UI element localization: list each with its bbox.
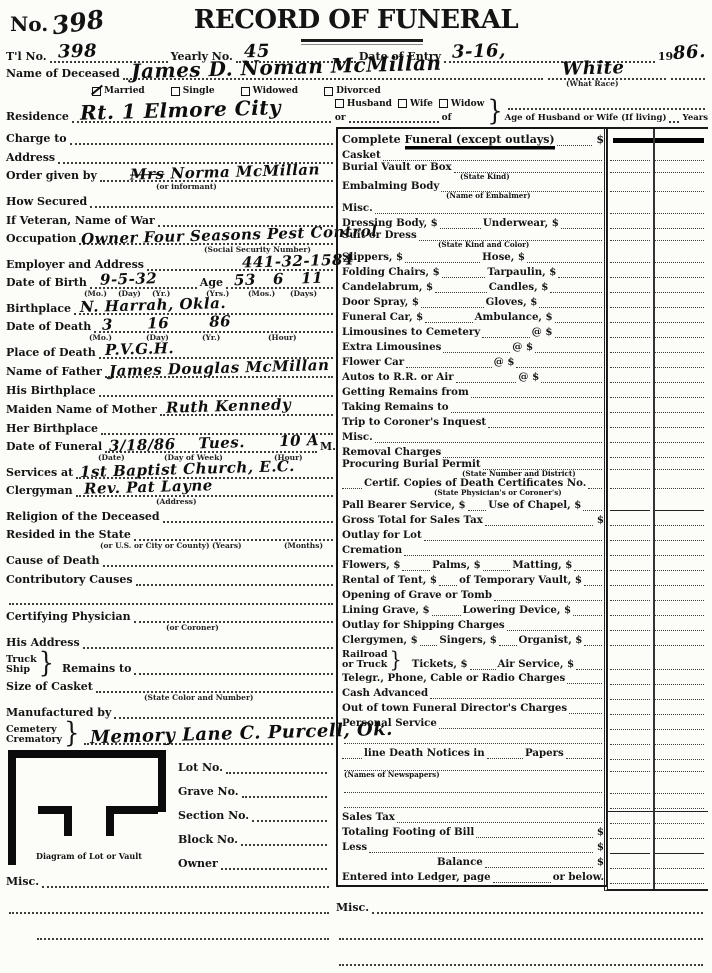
or-label: or xyxy=(335,113,346,123)
dotted-line xyxy=(397,813,602,823)
dotted-line xyxy=(550,283,602,293)
amount-row xyxy=(608,871,708,886)
amount-cell xyxy=(654,721,704,730)
bracket-glyph: } xyxy=(390,649,402,671)
amount-cell xyxy=(654,329,704,338)
amount-cell xyxy=(654,691,704,700)
dotted-line xyxy=(442,268,486,278)
amount-cell xyxy=(610,763,650,772)
charge-label: Flowers, $ xyxy=(342,559,400,571)
charge-flower-car: Flower Car@ $ xyxy=(342,355,604,370)
field-label: Birthplace xyxy=(6,302,71,315)
charge-label: Outlay for Shipping Charges xyxy=(342,619,505,631)
amount-cell xyxy=(654,736,704,745)
amount-cell xyxy=(610,480,650,489)
amount-row xyxy=(608,460,708,479)
handwritten-entry: Ruth Kennedy xyxy=(166,395,292,416)
charge-label: Misc. xyxy=(342,202,373,214)
race-field: White (What Race) xyxy=(548,65,666,80)
checkbox-label: Husband xyxy=(347,99,392,109)
sublabel: (State Physician's or Coroner's) xyxy=(434,488,562,497)
amount-cell xyxy=(610,517,650,526)
charge-blank-line xyxy=(342,731,604,746)
bracket-glyph: } xyxy=(39,649,54,677)
dotted-line xyxy=(9,590,333,605)
dotted-line xyxy=(103,552,333,567)
dotted-line xyxy=(485,516,593,526)
charge-complete-funeral-except-outlays: Complete Funeral (except outlays)$ xyxy=(342,131,604,148)
page-title: RECORD OF FUNERAL xyxy=(0,5,712,35)
dotted-line xyxy=(535,343,602,353)
charge-getting-remains-from: Getting Remains from xyxy=(342,385,604,400)
dotted-line xyxy=(406,358,492,368)
bracket-label: Crematory xyxy=(6,735,62,745)
dotted-line xyxy=(163,508,333,523)
amount-cell xyxy=(610,800,650,809)
field-label: Religion of the Deceased xyxy=(6,510,160,523)
struck-word: Mrs xyxy=(130,165,165,184)
field-label: Size of Casket xyxy=(6,680,93,693)
dotted-line xyxy=(9,899,329,914)
dotted-line xyxy=(555,328,603,338)
amount-row xyxy=(608,558,708,573)
field-label: Section No. xyxy=(178,809,249,822)
amount-cell xyxy=(654,502,704,511)
field-maiden-name-of-mother: Maiden Name of MotherRuth Kennedy xyxy=(6,399,336,418)
amount-row xyxy=(608,811,708,826)
charge-label: Less xyxy=(342,841,367,853)
dotted-line xyxy=(499,636,517,646)
amount-cell xyxy=(610,875,650,884)
dotted-line xyxy=(136,571,333,586)
amount-cell xyxy=(610,502,650,511)
charge-label: Organist, $ xyxy=(519,634,583,646)
charge-cremation: Cremation xyxy=(342,543,604,558)
amount-row xyxy=(608,182,708,201)
amount-row xyxy=(608,633,708,648)
handwritten-entry: 53 6 11 xyxy=(234,269,323,289)
dotted-line xyxy=(421,298,484,308)
dotted-line xyxy=(134,608,333,623)
checkbox-single xyxy=(171,87,180,96)
field-religion-of-the-deceased: Religion of the Deceased xyxy=(6,506,336,525)
dotted-line xyxy=(588,479,602,489)
field-order-given-by: Order given byMrsNorma McMillan(or infor… xyxy=(6,166,336,191)
amount-cell xyxy=(654,661,704,670)
itemized-charges-box: Complete Funeral (except outlays)$Casket… xyxy=(336,127,608,887)
sublabel: (State Color and Number) xyxy=(144,693,253,702)
leading-dots xyxy=(342,749,362,759)
amount-cell xyxy=(610,359,650,368)
amount-row xyxy=(608,603,708,618)
field-label: Order given by xyxy=(6,169,97,182)
heavy-amount-bar xyxy=(613,138,704,143)
field-date-of-birth: Date of Birth9-5-32Age53 6 11(Mo.)(Day)(… xyxy=(6,273,336,298)
amount-cell xyxy=(610,547,650,556)
amount-row xyxy=(608,340,708,355)
amount-cell xyxy=(654,622,704,631)
charge-suit-or-dress: Suit or Dress(State Kind and Color) xyxy=(342,231,604,250)
dotted-line xyxy=(555,313,602,323)
sublabel: (or informant) xyxy=(156,182,217,191)
sublabel: (State Kind) xyxy=(460,172,510,181)
charge-totaling-footing-of-bill: Totaling Footing of Bill$ xyxy=(342,825,604,840)
year-prefix: 19 xyxy=(658,50,673,63)
amount-cell xyxy=(610,284,650,293)
amount-cell xyxy=(610,461,650,470)
charge-label: Door Spray, $ xyxy=(342,296,419,308)
charge-label: Cremation xyxy=(342,544,402,556)
amount-cell xyxy=(610,374,650,383)
diagram-tab2-v xyxy=(106,806,114,836)
sublabel: (State Kind and Color) xyxy=(438,240,529,249)
field-label: Remains to xyxy=(62,662,132,675)
checkbox-label: Wife xyxy=(410,99,433,109)
charge-tickets: Railroador Truck}Tickets, $Air Service, … xyxy=(342,648,604,672)
dotted-line xyxy=(539,298,602,308)
amount-cell xyxy=(610,314,650,323)
dotted-line xyxy=(375,204,602,214)
field-label: Name of Father xyxy=(6,365,102,378)
field-label: Date of Birth xyxy=(6,276,87,289)
amount-cell xyxy=(610,637,650,646)
charge-label: @ $ xyxy=(512,341,533,353)
charge-label: Palms, $ xyxy=(432,559,481,571)
checkbox-widowed xyxy=(241,87,250,96)
dotted-line xyxy=(488,418,602,428)
dotted-line xyxy=(83,634,333,649)
charge-label: @ $ xyxy=(532,326,553,338)
field-size-of-casket: Size of Casket(State Color and Number) xyxy=(6,677,336,702)
field-certifying-physician: Certifying Physician(or Coroner) xyxy=(6,607,336,632)
dotted-line xyxy=(443,448,602,458)
charge-label: Gloves, $ xyxy=(486,296,538,308)
dotted-line xyxy=(339,951,703,966)
amount-cell xyxy=(654,389,704,398)
field-section-no: Section No. xyxy=(178,800,330,824)
sublabel: (Date) xyxy=(98,453,125,462)
charge-personal-service: Personal Service xyxy=(342,716,604,731)
amount-cell xyxy=(654,845,704,854)
amount-row xyxy=(608,479,708,498)
dotted-line xyxy=(470,660,496,670)
dotted-line xyxy=(134,660,333,675)
amount-cell xyxy=(610,830,650,839)
dotted-line xyxy=(439,719,602,729)
handwritten-entry: P.V.G.H. xyxy=(105,339,175,359)
field-grave-no: Grave No. xyxy=(178,776,330,800)
charge-blank-line xyxy=(342,795,604,810)
marital-option-single: Single xyxy=(171,86,215,96)
amount-row xyxy=(608,498,708,513)
amount-cell xyxy=(610,344,650,353)
handwritten-entry: 3 16 86 xyxy=(102,312,232,334)
dollar-sign: $ xyxy=(597,841,604,853)
dotted-line xyxy=(483,561,511,571)
age-top-line xyxy=(505,97,708,110)
charge-label: Burial Vault or Box xyxy=(342,161,452,173)
dotted-line xyxy=(494,591,602,601)
charge-label: Candles, $ xyxy=(489,281,549,293)
name-of-deceased-line: James D. Noman McMillan xyxy=(123,65,543,80)
sublabel: (Mos.) xyxy=(248,289,275,298)
or-line xyxy=(349,112,439,123)
amount-row xyxy=(608,250,708,265)
checkbox-wife xyxy=(398,99,407,108)
dotted-line xyxy=(226,759,327,774)
spouse-brace: } xyxy=(487,97,502,125)
amount-cell xyxy=(654,269,704,278)
charge-taking-remains-to: Taking Remains to xyxy=(342,400,604,415)
residence-label: Residence xyxy=(6,110,69,123)
amount-cell xyxy=(654,152,704,161)
field-lot-no: Lot No. xyxy=(178,752,330,776)
dotted-line xyxy=(339,925,703,940)
dotted-line xyxy=(440,219,481,229)
charge-label: Opening of Grave or Tomb xyxy=(342,589,492,601)
amount-cell xyxy=(654,875,704,884)
charge-label: Misc. xyxy=(342,431,373,443)
amount-row xyxy=(608,385,708,400)
charge-label: @ $ xyxy=(494,356,515,368)
amount-cell xyxy=(654,404,704,413)
amount-cell xyxy=(610,860,650,869)
field-label: Address xyxy=(6,151,55,164)
dotted-line xyxy=(443,343,510,353)
field-label: How Secured xyxy=(6,195,87,208)
spouse-checkbox-stack: HusbandWifeWidow or of xyxy=(335,97,484,123)
age-of-spouse-label: Age of Husband or Wife (If living) xyxy=(505,113,667,123)
charge-label: Outlay for Lot xyxy=(342,529,422,541)
amount-cell xyxy=(610,577,650,586)
dotted-line: Owner Four Seasons Pest Control xyxy=(79,230,333,245)
dotted-line xyxy=(420,636,438,646)
charge-label: Folding Chairs, $ xyxy=(342,266,440,278)
dotted-line xyxy=(584,636,602,646)
amount-cell xyxy=(610,592,650,601)
charge-limousines-to-cemetery: Limousines to Cemetery@ $ xyxy=(342,325,604,340)
amount-cell xyxy=(654,183,704,192)
dollar-sign: $ xyxy=(597,826,604,838)
amount-cell xyxy=(654,532,704,541)
field-label: Charge to xyxy=(6,132,67,145)
field-label: Date of Death xyxy=(6,320,91,333)
field-blank-line xyxy=(6,588,336,607)
charge-label: Totaling Footing of Bill xyxy=(342,826,474,838)
amount-cell xyxy=(654,562,704,571)
misc-right-label: Misc. xyxy=(336,901,369,914)
amount-row xyxy=(608,672,708,687)
sublabel: (Months) xyxy=(284,541,323,550)
amount-cell xyxy=(654,676,704,685)
charge-telegr-phone-cable-or-radio-charges: Telegr., Phone, Cable or Radio Charges xyxy=(342,672,604,687)
dotted-line xyxy=(516,358,602,368)
charge-entered-into-ledger-page: Entered into Ledger, pageor below. xyxy=(342,870,604,885)
sublabel: (Hour) xyxy=(268,333,297,342)
bracket-label: or Truck xyxy=(342,660,388,670)
age-years-label: Years xyxy=(682,113,708,123)
charge-label: Dressing Body, $ xyxy=(342,217,438,229)
amount-row xyxy=(608,762,708,781)
dotted-line xyxy=(558,268,602,278)
age-of-spouse-stack: Age of Husband or Wife (If living) Years xyxy=(505,97,708,123)
dotted-line xyxy=(369,843,593,853)
dotted-line xyxy=(527,253,602,263)
amount-cell xyxy=(610,269,650,278)
field-label: Her Birthplace xyxy=(6,422,98,435)
field-residence: Residence Rt. 1 Elmore City HusbandWifeW… xyxy=(6,97,708,123)
charge-balance: Balance$ xyxy=(342,855,604,870)
dotted-line: Memory Lane C. Purcell, Ok. xyxy=(84,730,333,745)
dotted-line: Rev. Pat Layne xyxy=(76,482,333,497)
charge-label: Embalming Body xyxy=(342,180,439,192)
amount-cell xyxy=(610,661,650,670)
charge-label: Removal Charges xyxy=(342,446,441,458)
diagram-caption: Diagram of Lot or Vault xyxy=(36,851,142,861)
checkbox-label: Divorced xyxy=(336,86,381,96)
amount-cell xyxy=(610,721,650,730)
dotted-line xyxy=(242,783,327,798)
marital-option-married: Married xyxy=(92,86,145,96)
field-label: Manufactured by xyxy=(6,706,111,719)
dotted-line xyxy=(569,704,602,714)
misc-right-row: Misc. xyxy=(336,894,706,916)
dotted-line: MrsNorma McMillan xyxy=(100,167,333,182)
field-block-no: Block No. xyxy=(178,824,330,848)
charge-rental-of-tent: Rental of Tent, $of Temporary Vault, $ xyxy=(342,573,604,588)
amount-cell xyxy=(654,299,704,308)
charge-blank-line xyxy=(342,780,604,795)
charge-label: or below. xyxy=(553,871,604,883)
residence-line: Rt. 1 Elmore City xyxy=(72,108,331,123)
amount-cell xyxy=(610,299,650,308)
amount-row xyxy=(608,513,708,528)
dotted-line xyxy=(584,576,602,586)
amount-cell xyxy=(610,815,650,824)
heavy-underlined-text: Funeral (except outlays) xyxy=(405,133,555,146)
field-label: Block No. xyxy=(178,833,238,846)
dotted-line xyxy=(566,749,602,759)
dotted-line xyxy=(541,373,602,383)
diagram-right-bar xyxy=(158,750,166,812)
charge-label: Flower Car xyxy=(342,356,404,368)
bracket-labels: TruckShip xyxy=(6,655,37,675)
amount-row xyxy=(608,280,708,295)
amount-cell xyxy=(654,517,704,526)
field-charge-to: Charge to xyxy=(6,128,336,147)
misc-left-extra-line xyxy=(6,890,332,916)
amount-cell xyxy=(654,254,704,263)
amount-cell xyxy=(654,706,704,715)
amount-cell xyxy=(610,232,650,241)
charge-pall-bearer-service: Pall Bearer Service, $Use of Chapel, $ xyxy=(342,498,604,513)
dotted-line xyxy=(485,858,593,868)
dotted-line xyxy=(70,130,333,145)
amount-row xyxy=(608,732,708,747)
checkbox-label: Married xyxy=(104,86,145,96)
bracket-labels: Railroador Truck xyxy=(342,650,388,670)
sublabel: (Names of Newspapers) xyxy=(344,770,440,779)
charge-label: Gross Total for Sales Tax xyxy=(342,514,483,526)
field-tail: M. xyxy=(320,440,336,453)
dotted-line xyxy=(557,136,593,146)
amount-cell xyxy=(654,751,704,760)
dotted-line xyxy=(432,606,461,616)
dotted-line xyxy=(241,831,327,846)
charge-label: Lowering Device, $ xyxy=(463,604,572,616)
of-label: of xyxy=(442,113,452,123)
amount-cell xyxy=(654,607,704,616)
dotted-line xyxy=(576,660,602,670)
sublabel: (Address) xyxy=(156,497,197,506)
amount-cell xyxy=(654,284,704,293)
amount-row xyxy=(608,216,708,231)
amount-cell xyxy=(610,449,650,458)
dotted-line xyxy=(493,873,551,883)
amount-cell xyxy=(654,800,704,809)
charge-slippers: Slippers, $Hose, $ xyxy=(342,250,604,265)
diagram-tab1-v xyxy=(64,806,72,836)
dotted-line: James Douglas McMillan xyxy=(105,363,333,378)
dotted-line xyxy=(344,798,602,808)
amount-row xyxy=(608,841,708,856)
checkbox-married xyxy=(92,87,101,96)
amount-cell xyxy=(654,480,704,489)
handwritten-entry: Rev. Pat Layne xyxy=(83,476,212,498)
charge-label: @ $ xyxy=(518,371,539,383)
dotted-line xyxy=(574,561,602,571)
misc-right-line xyxy=(372,899,703,914)
year-value: 86. xyxy=(672,41,706,64)
field-label: Certifying Physician xyxy=(6,610,131,623)
diagram-left-bar xyxy=(8,750,16,865)
field-label: Date of Funeral xyxy=(6,440,102,453)
amount-cell xyxy=(610,622,650,631)
field-label: Contributory Causes xyxy=(6,573,133,586)
checkbox-widow xyxy=(439,99,448,108)
amount-row xyxy=(608,295,708,310)
amount-cell xyxy=(610,751,650,760)
sublabel: (or Coroner) xyxy=(166,623,219,632)
charge-cash-advanced: Cash Advanced xyxy=(342,686,604,701)
charge-label: Funeral Car, $ xyxy=(342,311,423,323)
field-label: Employer and Address xyxy=(6,258,144,271)
field-label: Occupation xyxy=(6,232,76,245)
dotted-line xyxy=(567,674,602,684)
dotted-line: Ruth Kennedy xyxy=(160,401,333,416)
amount-cell xyxy=(610,434,650,443)
dotted-line: 9-5-32 xyxy=(90,274,197,289)
dollar-sign: $ xyxy=(597,856,604,868)
amount-cell xyxy=(654,232,704,241)
bracket-label: Ship xyxy=(6,665,37,675)
age-of-spouse-line xyxy=(669,112,679,123)
dollar-sign: $ xyxy=(596,133,604,146)
spouse-option-husband: Husband xyxy=(335,99,392,109)
checkbox-label: Single xyxy=(183,86,215,96)
amount-row xyxy=(608,781,708,796)
charge-label: Papers xyxy=(525,747,564,759)
charge-label: Getting Remains from xyxy=(342,386,469,398)
amount-cell xyxy=(654,359,704,368)
charge-lining-grave: Lining Grave, $Lowering Device, $ xyxy=(342,603,604,618)
dotted-line xyxy=(402,561,430,571)
charge-label: Telegr., Phone, Cable or Radio Charges xyxy=(342,672,565,684)
charge-label: Taking Remains to xyxy=(342,401,449,413)
dotted-line xyxy=(439,576,457,586)
handwritten-entry: MrsNorma McMillan xyxy=(130,160,320,183)
charge-label: Slippers, $ xyxy=(342,251,403,263)
